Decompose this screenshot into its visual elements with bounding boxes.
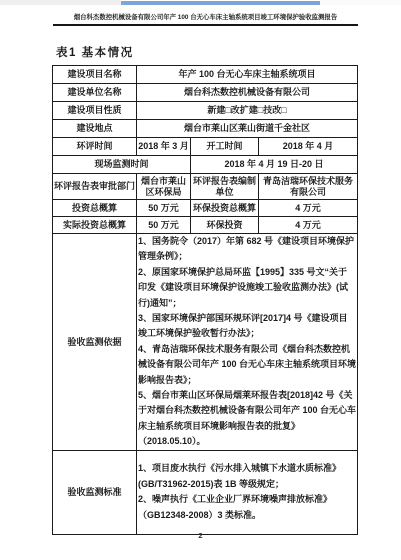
table-row: 验收监测依据 1、国务院令（2017）年第 682 号《建设项目环境保护管理条例… [53,234,358,451]
table-row: 投资总概算 50 万元 环保投资总概算 4 万元 [53,200,358,217]
value-approval-dept: 烟台市莱山区环保局 [137,174,191,200]
label-project-name: 建设项目名称 [53,66,137,84]
label-company-name: 建设单位名称 [53,84,137,102]
top-edge-left-strip [0,0,121,5]
value-start-time: 2018 年 4 月 [259,138,358,156]
top-edge-right-strip [320,0,401,5]
label-monitor-basis: 验收监测依据 [53,234,137,451]
table-row: 建设项目性质 新建□改扩建□技改□ [53,102,358,120]
value-total-budget: 50 万元 [137,200,191,217]
value-project-nature-checkboxes: 新建□改扩建□技改□ [137,102,358,120]
label-env-budget: 环保投资总概算 [191,200,259,217]
label-approval-dept: 环评报告表审批部门 [53,174,137,200]
table-row: 现场监测时间 2018 年 4 月 19 日-20 日 [53,156,358,174]
value-env-invest: 4 万元 [259,217,358,234]
label-compile-unit: 环评报告表编制单位 [191,174,259,200]
value-monitor-basis: 1、国务院令（2017）年第 682 号《建设项目环境保护管理条例》； 2、原国… [137,234,358,451]
basis-item: 1、国务院令（2017）年第 682 号《建设项目环境保护管理条例》； [138,234,356,265]
basis-item: 2、原国家环境保护总局环监【1995】335 号文“关于印发《建设项目环境保护设… [138,265,356,311]
value-env-budget: 4 万元 [259,200,358,217]
page-number: 2 [0,531,401,540]
label-monitor-time: 现场监测时间 [53,156,191,174]
standard-item: 2、噪声执行《工业企业厂界环境噪声排放标准》（GB12348-2008）3 类标… [138,492,356,523]
value-compile-unit: 青岛洁瑞环保技术服务有限公司 [259,174,358,200]
label-location: 建设地点 [53,120,137,138]
top-scroll-indicator-bar [121,1,320,5]
running-header: 烟台科杰数控机械设备有限公司年产 100 台无心车床主轴系统项目竣工环境保护验收… [53,12,358,26]
value-company-name: 烟台科杰数控机械设备有限公司 [137,84,358,102]
value-eia-time: 2018 年 3 月 [137,138,191,156]
table-row: 实际投资总概算 50 万元 环保投资 4 万元 [53,217,358,234]
value-project-name: 年产 100 台无心车床主轴系统项目 [137,66,358,84]
value-monitor-standards: 1、项目废水执行《污水排入城镇下水道水质标准》(GB/T31962-2015)表… [137,450,358,534]
section-title: 表1 基本情况 [56,44,134,60]
basic-info-table: 建设项目名称 年产 100 台无心车床主轴系统项目 建设单位名称 烟台科杰数控机… [52,65,358,535]
label-project-nature: 建设项目性质 [53,102,137,120]
label-eia-time: 环评时间 [53,138,137,156]
table-row: 验收监测标准 1、项目废水执行《污水排入城镇下水道水质标准》(GB/T31962… [53,450,358,534]
standard-item: 1、项目废水执行《污水排入城镇下水道水质标准》(GB/T31962-2015)表… [138,461,356,492]
table-row: 环评报告表审批部门 烟台市莱山区环保局 环评报告表编制单位 青岛洁瑞环保技术服务… [53,174,358,200]
value-monitor-time: 2018 年 4 月 19 日-20 日 [191,156,358,174]
label-env-invest: 环保投资 [191,217,259,234]
table-row: 建设项目名称 年产 100 台无心车床主轴系统项目 [53,66,358,84]
value-location: 烟台市莱山区莱山街道千金社区 [137,120,358,138]
label-total-budget: 投资总概算 [53,200,137,217]
label-monitor-standards: 验收监测标准 [53,450,137,534]
basis-item: 4、青岛洁瑞环保技术服务有限公司《烟台科杰数控机械设备有限公司年产 100 台无… [138,342,356,388]
basis-item: 3、国家环境保护部国环规环评[2017]4 号《建设项目竣工环境保护验收暂行办法… [138,311,356,342]
label-actual-budget: 实际投资总概算 [53,217,137,234]
table-row: 建设地点 烟台市莱山区莱山街道千金社区 [53,120,358,138]
table-row: 环评时间 2018 年 3 月 开工时间 2018 年 4 月 [53,138,358,156]
table-row: 建设单位名称 烟台科杰数控机械设备有限公司 [53,84,358,102]
basis-item: 5、烟台市莱山区环保局烟莱环报告表[2018]42 号《关于对烟台科杰数控机械设… [138,388,356,450]
label-start-time: 开工时间 [191,138,259,156]
value-actual-budget: 50 万元 [137,217,191,234]
